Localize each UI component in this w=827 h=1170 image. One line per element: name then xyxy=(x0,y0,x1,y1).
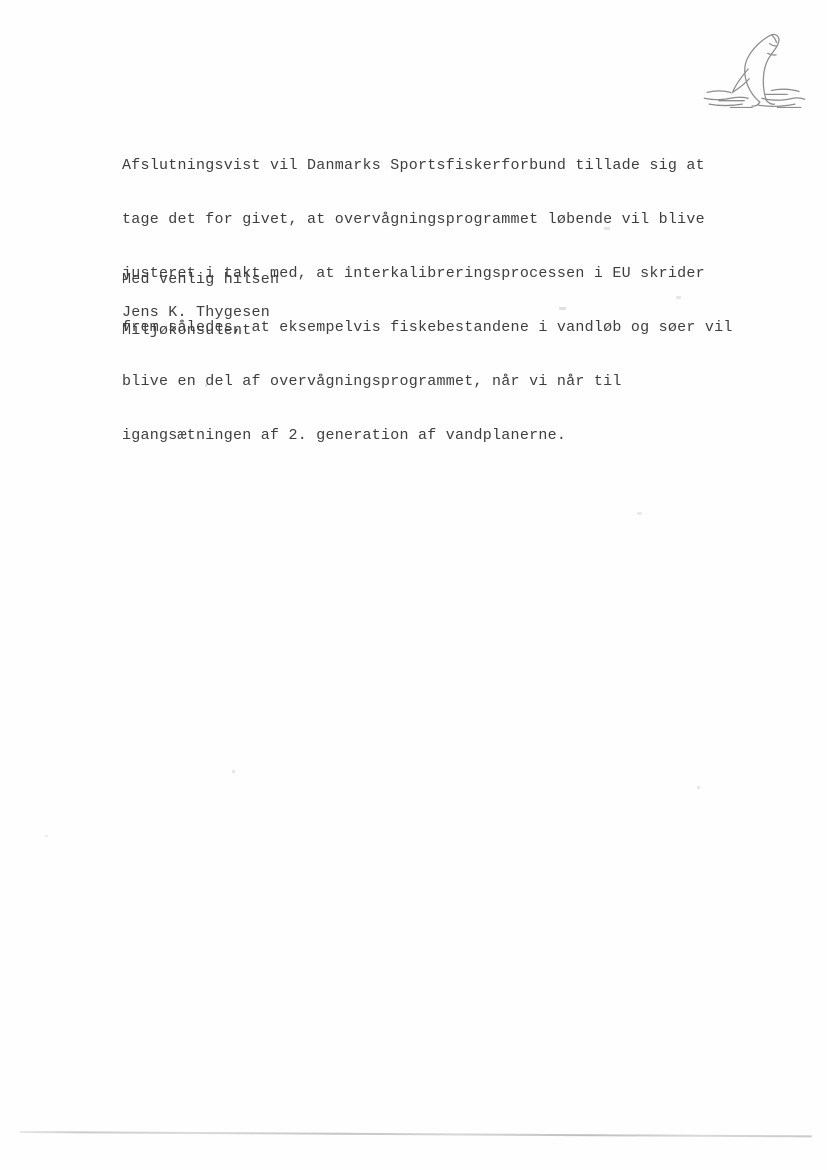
scan-artifact-line xyxy=(20,1131,812,1137)
scan-noise-speck xyxy=(45,835,48,837)
scan-noise-speck xyxy=(232,770,235,773)
letter-body: Afslutningsvist vil Danmarks Sportsfiske… xyxy=(122,121,762,481)
body-line-1: Afslutningsvist vil Danmarks Sportsfiske… xyxy=(122,157,762,175)
scan-noise-speck xyxy=(604,227,610,230)
scan-noise-speck xyxy=(637,512,642,515)
signature-name: Jens K. Thygesen xyxy=(122,304,270,322)
signature-block: Jens K. Thygesen Miljøkonsulent xyxy=(122,304,270,340)
body-line-6: igangsætningen af 2. generation af vandp… xyxy=(122,427,762,445)
scan-noise-speck xyxy=(346,267,351,269)
scan-noise-speck xyxy=(676,296,681,299)
scan-noise-speck xyxy=(559,307,566,310)
letter-closing: Med venlig hilsen xyxy=(122,271,279,289)
body-line-2: tage det for givet, at overvågningsprogr… xyxy=(122,211,762,229)
sportsfiskerforbund-logo xyxy=(701,28,809,108)
leaping-fish-icon xyxy=(701,28,809,108)
signature-title: Miljøkonsulent xyxy=(122,322,270,340)
scanned-letter-page: Afslutningsvist vil Danmarks Sportsfiske… xyxy=(0,0,827,1170)
scan-noise-speck xyxy=(697,786,700,789)
scan-noise-speck xyxy=(205,384,207,387)
body-line-5: blive en del af overvågningsprogrammet, … xyxy=(122,373,762,391)
